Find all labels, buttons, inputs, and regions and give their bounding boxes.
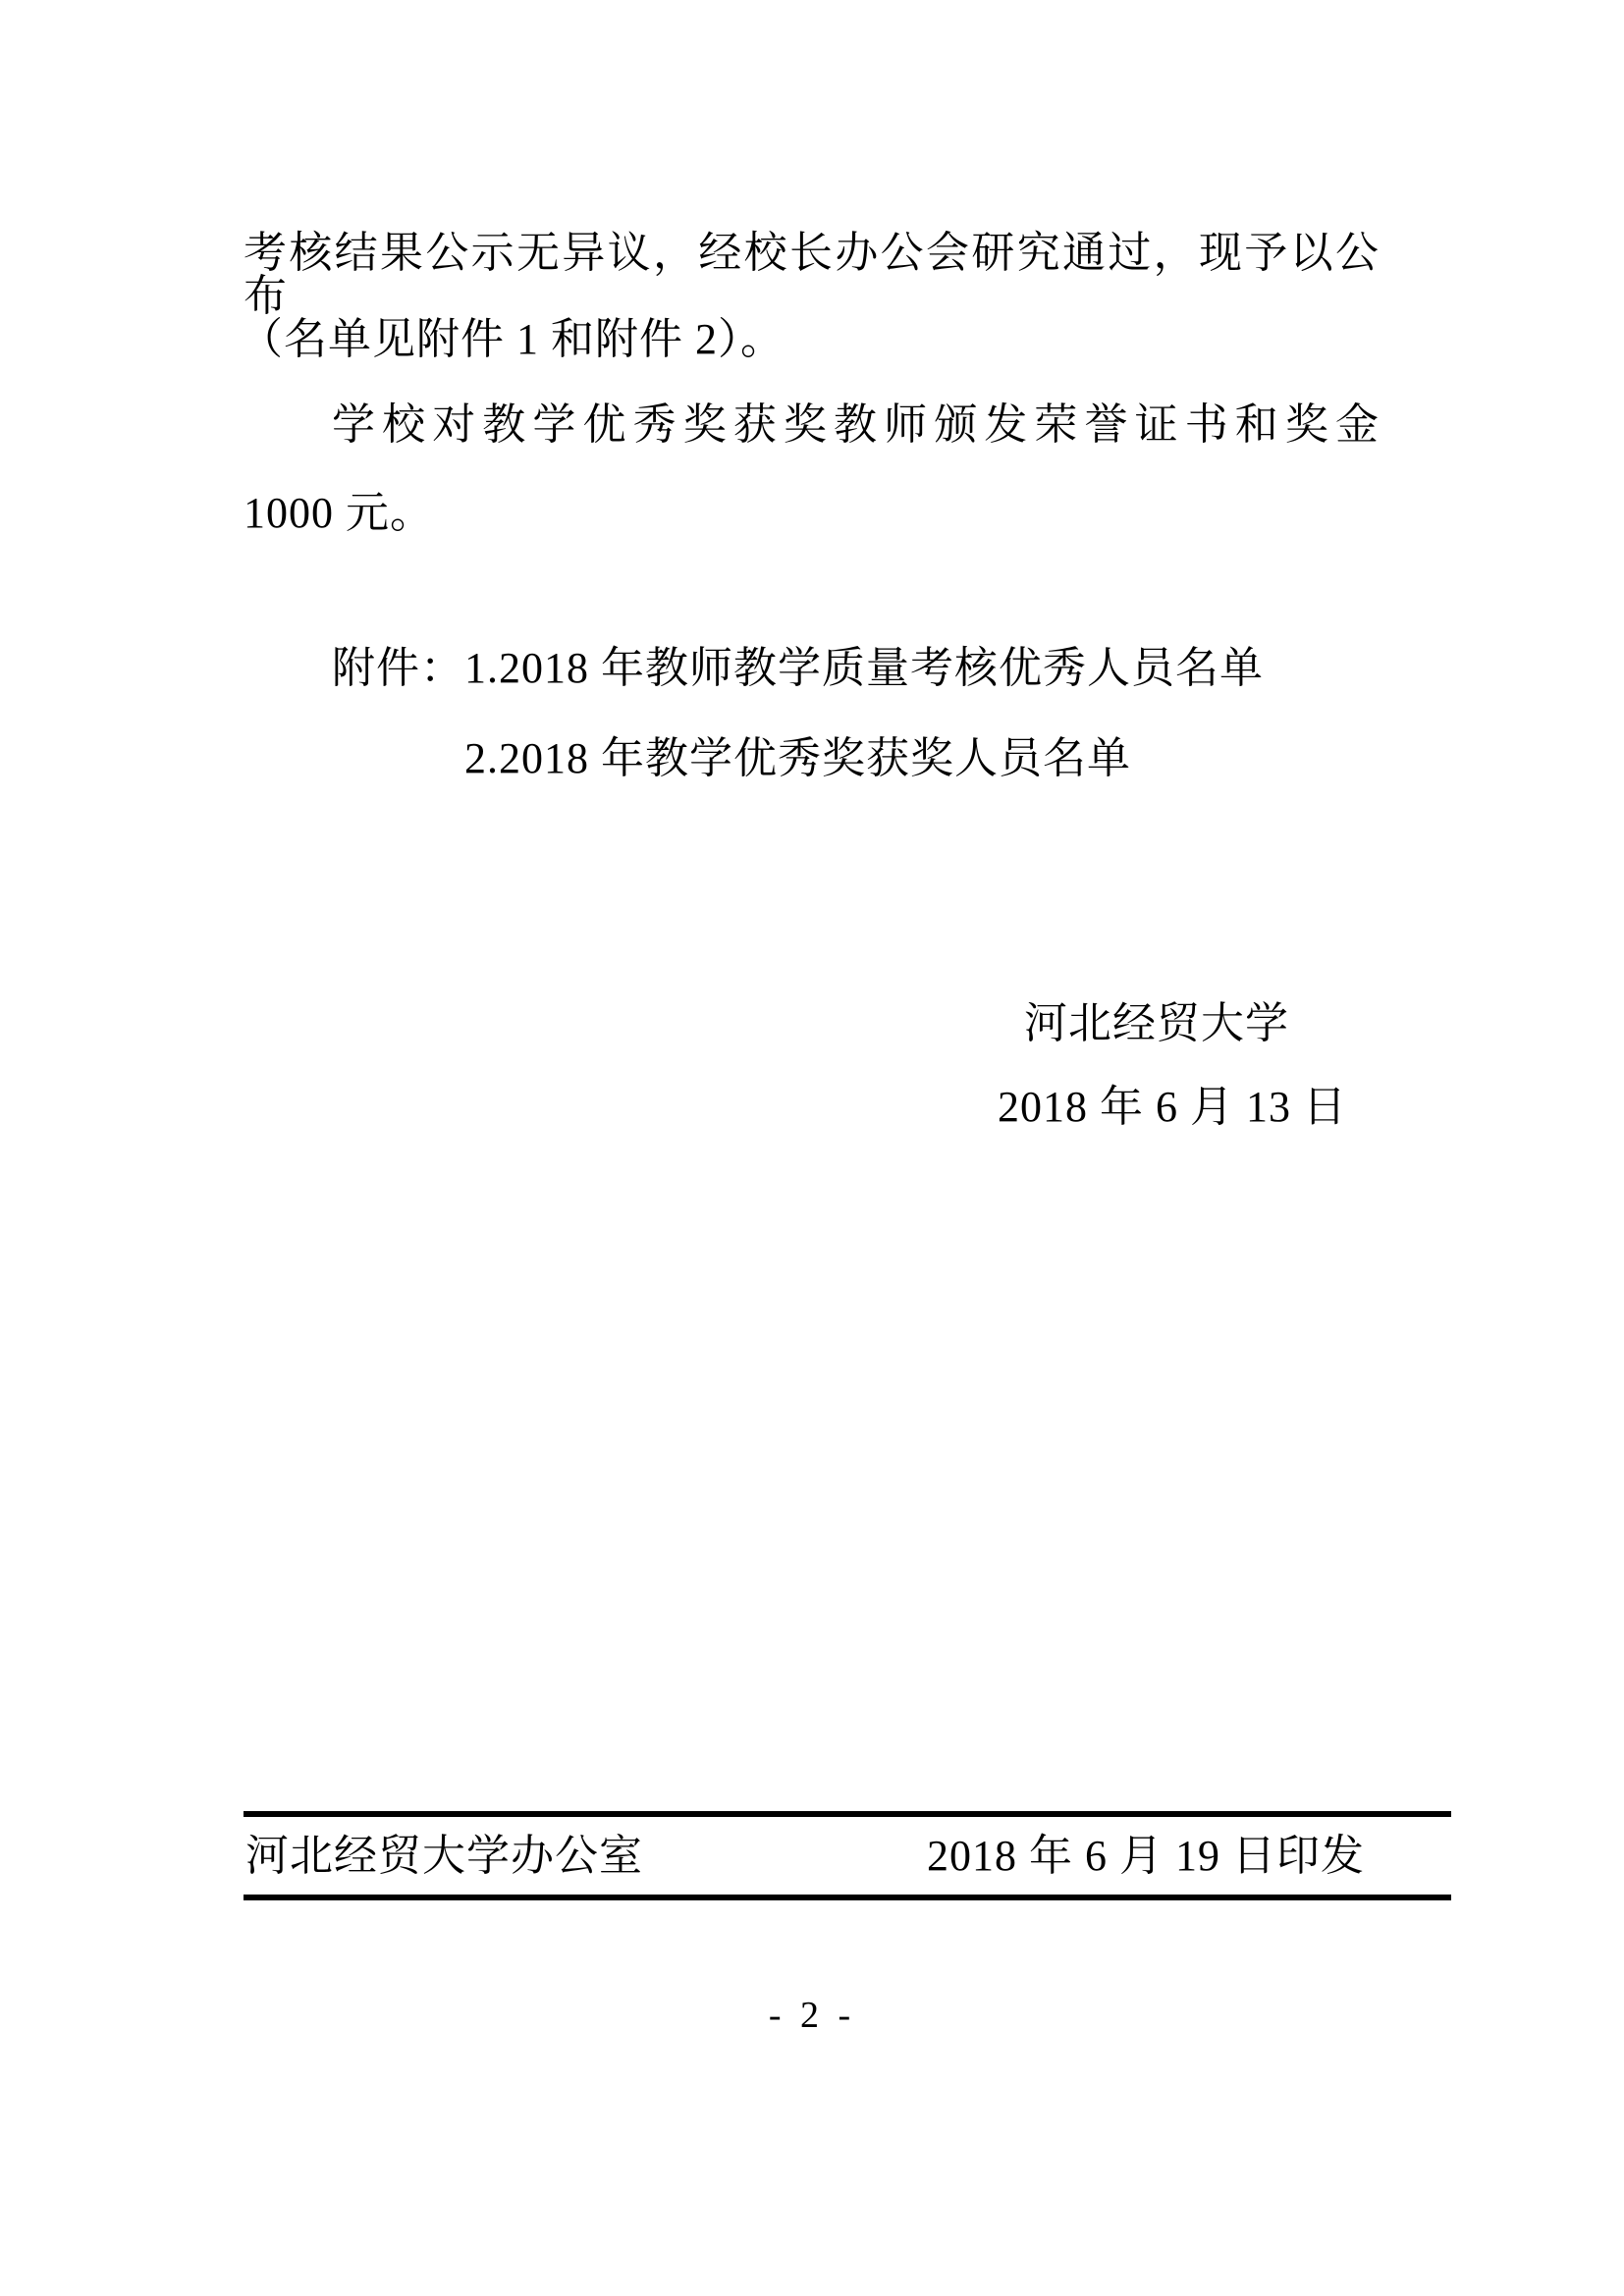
- attachment-list-item-2: 2.2018 年教学优秀奖获奖人员名单: [464, 737, 1131, 780]
- signature-issue-date: 2018 年 6 月 13 日: [998, 1086, 1347, 1129]
- document-page: 考核结果公示无异议，经校长办公会研究通过，现予以公布 （名单见附件 1 和附件 …: [0, 0, 1624, 2296]
- attachment-list-item-1: 附件：1.2018 年教师教学质量考核优秀人员名单: [332, 647, 1264, 690]
- imprint-print-date: 2018 年 6 月 19 日印发: [927, 1835, 1365, 1878]
- body-paragraph1-line2: （名单见附件 1 和附件 2）。: [240, 318, 785, 361]
- imprint-top-rule: [244, 1811, 1451, 1817]
- body-paragraph1-line1: 考核结果公示无异议，经校长办公会研究通过，现予以公布: [244, 232, 1380, 318]
- body-paragraph2-line1: 学校对教学优秀奖获奖教师颁发荣誉证书和奖金: [332, 403, 1380, 447]
- page-number: - 2 -: [0, 1997, 1624, 2034]
- imprint-office-name: 河北经贸大学办公室: [245, 1835, 643, 1878]
- signature-issuer-name: 河北经贸大学: [1024, 1002, 1289, 1045]
- imprint-bottom-rule: [244, 1895, 1451, 1900]
- body-paragraph2-line2: 1000 元。: [244, 492, 434, 535]
